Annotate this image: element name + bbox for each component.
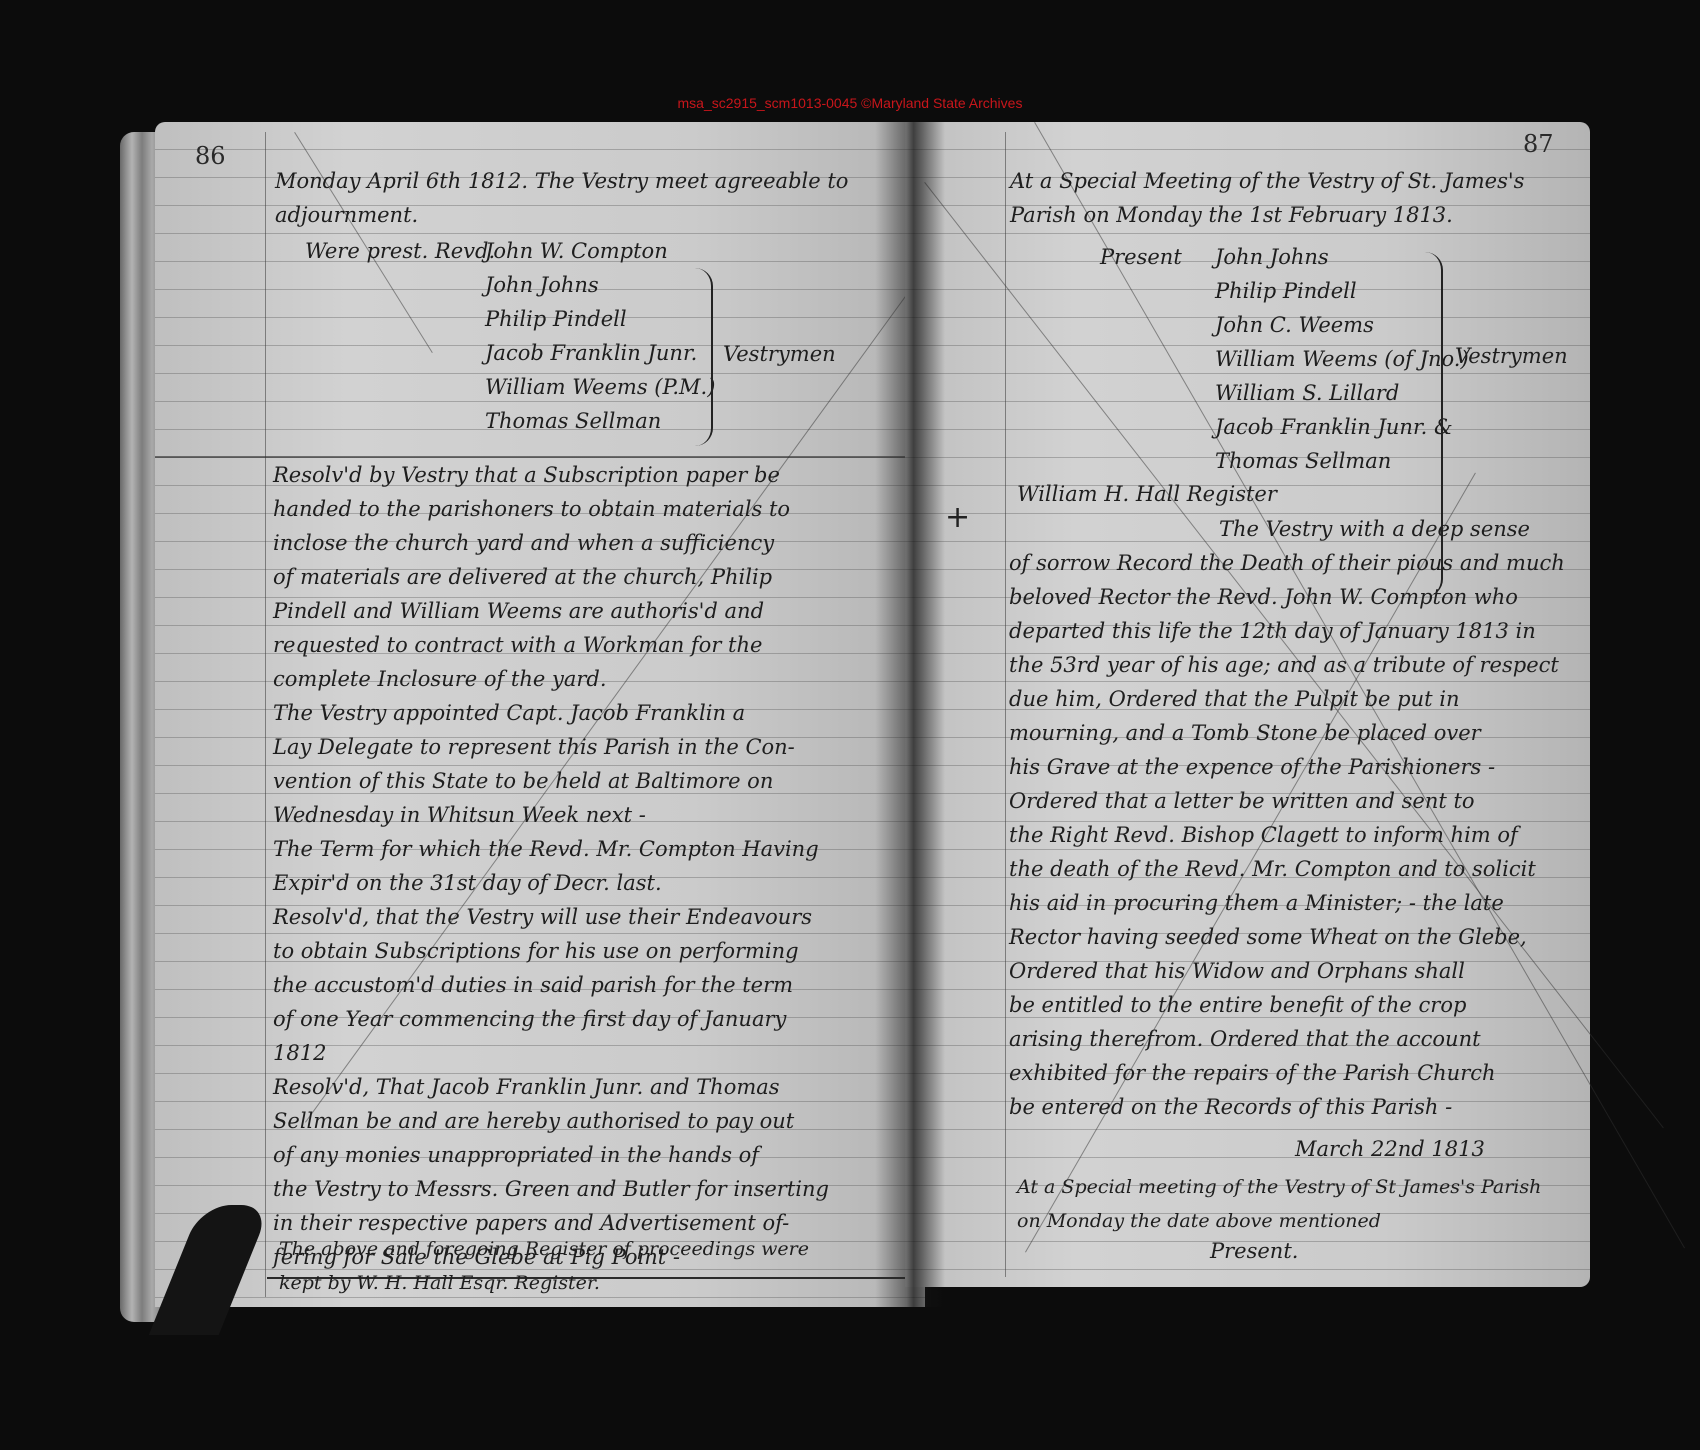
body-line: handed to the parishoners to obtain mate… — [273, 492, 829, 526]
body-line: inclose the church yard and when a suffi… — [273, 526, 829, 560]
page-number: 87 — [1523, 130, 1554, 158]
attendee: John Johns — [485, 268, 715, 302]
meeting-heading: Monday April 6th 1812. The Vestry meet a… — [275, 164, 848, 232]
body-line: departed this life the 12th day of Janua… — [1009, 614, 1565, 648]
body-line: Expir'd on the 31st day of Decr. last. — [273, 866, 829, 900]
heading-line: Monday April 6th 1812. The Vestry meet a… — [275, 164, 848, 198]
body-line: beloved Rector the Revd. John W. Compton… — [1009, 580, 1565, 614]
body-line: the Right Revd. Bishop Clagett to inform… — [1009, 818, 1565, 852]
body-line: Ordered that a letter be written and sen… — [1009, 784, 1565, 818]
body-line: of materials are delivered at the church… — [273, 560, 829, 594]
body-line: 1812 — [273, 1036, 829, 1070]
margin-line — [1005, 132, 1006, 1277]
heading-line: Parish on Monday the 1st February 1813. — [1010, 198, 1524, 232]
body-line: complete Inclosure of the yard. — [273, 662, 829, 696]
page-number: 86 — [195, 142, 226, 170]
heading-line: At a Special meeting of the Vestry of St… — [1017, 1170, 1541, 1204]
body-line: to obtain Subscriptions for his use on p… — [273, 934, 829, 968]
book-edge — [120, 132, 160, 1322]
body-line: his Grave at the expence of the Parishio… — [1009, 750, 1565, 784]
body-line: The Term for which the Revd. Mr. Compton… — [273, 832, 829, 866]
body-line: of any monies unappropriated in the hand… — [273, 1138, 829, 1172]
body-line: be entered on the Records of this Parish… — [1009, 1090, 1565, 1124]
attendee-list: John W. Compton John Johns Philip Pindel… — [485, 234, 715, 438]
right-page: 87 At a Special Meeting of the Vestry of… — [905, 122, 1590, 1287]
watermark: msa_sc2915_scm1013-0045 ©Maryland State … — [0, 95, 1700, 111]
body-line: the accustom'd duties in said parish for… — [273, 968, 829, 1002]
second-meeting-heading: At a Special meeting of the Vestry of St… — [1017, 1170, 1541, 1238]
body-line: Ordered that his Widow and Orphans shall — [1009, 954, 1565, 988]
register-note: The above and foregoing Register of proc… — [279, 1232, 809, 1300]
second-meeting-date: March 22nd 1813 — [1295, 1132, 1485, 1166]
cross-mark-icon: + — [945, 500, 970, 535]
vestrymen-label: Vestrymen — [723, 342, 836, 366]
heading-line: At a Special Meeting of the Vestry of St… — [1010, 164, 1524, 198]
body-line: due him, Ordered that the Pulpit be put … — [1009, 682, 1565, 716]
attendee: William Weems (P.M.) — [485, 370, 715, 404]
present-label: Were prest. Revd. — [305, 234, 495, 268]
body-line: Sellman be and are hereby authorised to … — [273, 1104, 829, 1138]
body-line: Resolv'd by Vestry that a Subscription p… — [273, 458, 829, 492]
body-line: of one Year commencing the first day of … — [273, 1002, 829, 1036]
left-page: 86 Monday April 6th 1812. The Vestry mee… — [155, 122, 925, 1307]
second-meeting-present-label: Present. — [1210, 1234, 1298, 1268]
heading-line: adjournment. — [275, 198, 848, 232]
footer-line: kept by W. H. Hall Esqr. Register. — [279, 1266, 809, 1300]
body-line: the Vestry to Messrs. Green and Butler f… — [273, 1172, 829, 1206]
attendee: Jacob Franklin Junr. — [485, 336, 715, 370]
body-line: be entitled to the entire benefit of the… — [1009, 988, 1565, 1022]
body-line: exhibited for the repairs of the Parish … — [1009, 1056, 1565, 1090]
attendee: John W. Compton — [485, 234, 715, 268]
margin-line — [265, 132, 266, 1297]
attendee-brace — [695, 268, 713, 446]
body-line: arising therefrom. Ordered that the acco… — [1009, 1022, 1565, 1056]
attendee: Thomas Sellman — [485, 404, 715, 438]
body-line: the death of the Revd. Mr. Compton and t… — [1009, 852, 1565, 886]
footer-line: The above and foregoing Register of proc… — [279, 1232, 809, 1266]
body-line: Pindell and William Weems are authoris'd… — [273, 594, 829, 628]
heading-line: on Monday the date above mentioned — [1017, 1204, 1541, 1238]
minutes-body: The Vestry with a deep sense of sorrow R… — [1009, 512, 1565, 1124]
body-line: his aid in procuring them a Minister; - … — [1009, 886, 1565, 920]
body-line: mourning, and a Tomb Stone be placed ove… — [1009, 716, 1565, 750]
body-line: The Vestry with a deep sense — [1009, 512, 1565, 546]
body-line: of sorrow Record the Death of their piou… — [1009, 546, 1565, 580]
attendee: Philip Pindell — [485, 302, 715, 336]
body-line: Rector having seeded some Wheat on the G… — [1009, 920, 1565, 954]
minutes-body: Resolv'd by Vestry that a Subscription p… — [273, 458, 829, 1274]
body-line: vention of this State to be held at Balt… — [273, 764, 829, 798]
body-line: Wednesday in Whitsun Week next - — [273, 798, 829, 832]
body-line: The Vestry appointed Capt. Jacob Frankli… — [273, 696, 829, 730]
book-gutter — [875, 122, 945, 1307]
present-label: Present — [1100, 240, 1182, 274]
body-line: the 53rd year of his age; and as a tribu… — [1009, 648, 1565, 682]
body-line: Resolv'd, that the Vestry will use their… — [273, 900, 829, 934]
ledger-book: 86 Monday April 6th 1812. The Vestry mee… — [120, 122, 1590, 1322]
register-line: William H. Hall Register — [1017, 477, 1277, 511]
body-line: Lay Delegate to represent this Parish in… — [273, 730, 829, 764]
meeting-heading: At a Special Meeting of the Vestry of St… — [1010, 164, 1524, 232]
body-line: requested to contract with a Workman for… — [273, 628, 829, 662]
body-line: Resolv'd, That Jacob Franklin Junr. and … — [273, 1070, 829, 1104]
vestrymen-label: Vestrymen — [1455, 344, 1568, 368]
